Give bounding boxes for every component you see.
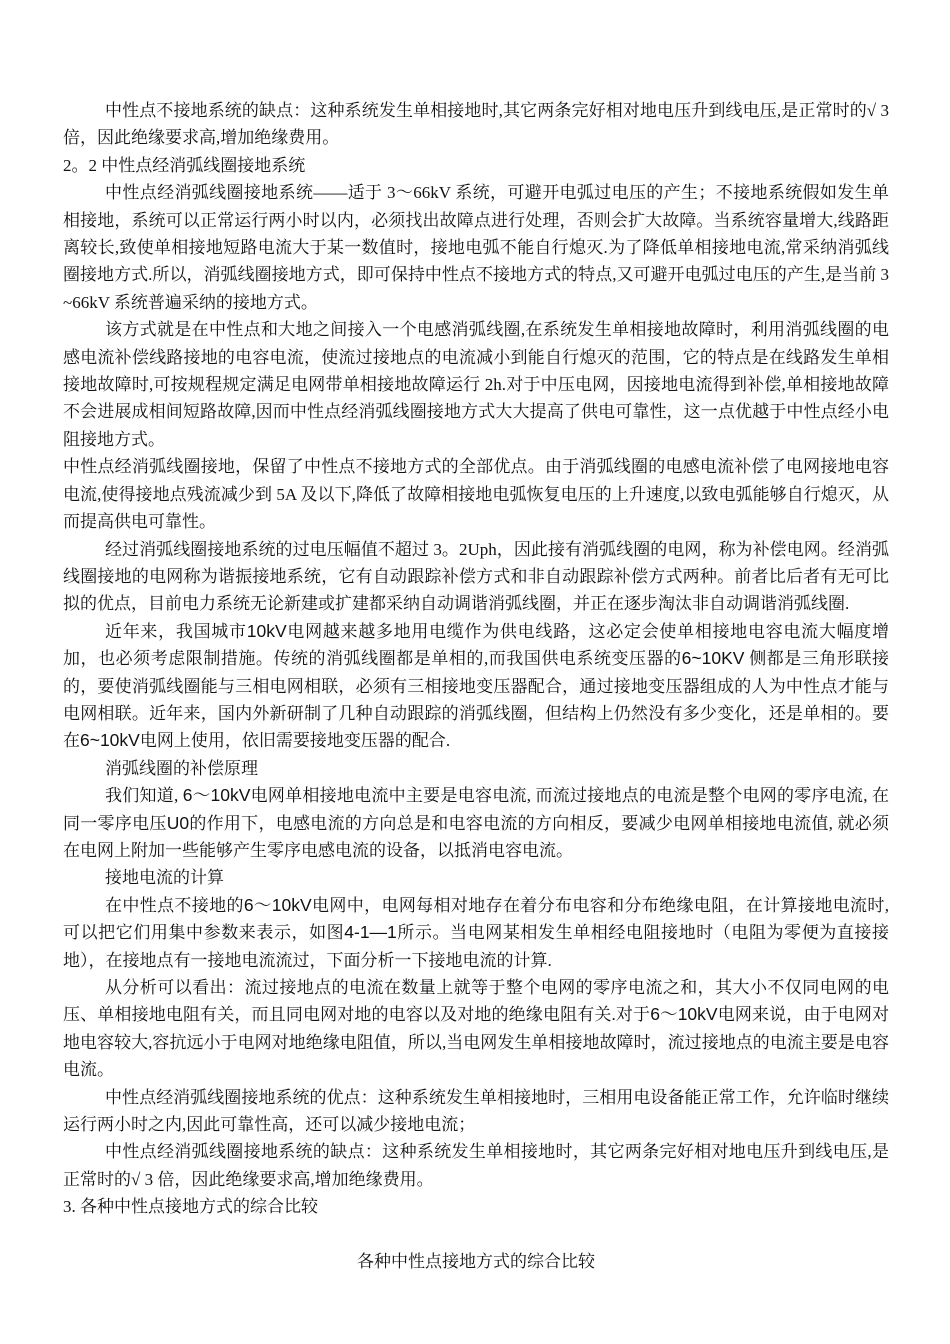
text-segment: 中性点不接地系统的缺点：这种系统发生单相接地时,其它两条完好相对地电压升到线电压… (63, 101, 889, 147)
paragraph: 3. 各种中性点接地方式的综合比较 (63, 1193, 889, 1220)
paragraph: 在中性点不接地的6～10kV电网中，电网每相对地存在着分布电容和分布绝缘电阻，在… (63, 892, 889, 974)
paragraph: 中性点经消弧线圈接地，保留了中性点不接地方式的全部优点。由于消弧线圈的电感电流补… (63, 453, 889, 535)
text-segment: 我们知道, (105, 786, 183, 805)
paragraph: 我们知道, 6～10kV电网单相接地电流中主要是电容电流, 而流过接地点的电流是… (63, 782, 889, 864)
technical-term: U0 (167, 813, 189, 833)
technical-term: 6~10kV (80, 730, 140, 750)
text-segment: 该方式就是在中性点和大地之间接入一个电感消弧线圈,在系统发生单相接地故障时，利用… (63, 320, 889, 449)
text-segment: 接地电流的计算 (105, 868, 224, 887)
technical-term: 6～10kV (650, 1004, 717, 1024)
text-segment: 中性点经消弧线圈接地系统——适于 3～66kV 系统，可避开电弧过电压的产生；不… (63, 183, 889, 312)
document-body: 中性点不接地系统的缺点：这种系统发生单相接地时,其它两条完好相对地电压升到线电压… (63, 97, 889, 1275)
paragraph: 消弧线圈的补偿原理 (63, 755, 889, 782)
text-segment: 各种中性点接地方式的综合比较 (357, 1252, 595, 1271)
paragraph: 该方式就是在中性点和大地之间接入一个电感消弧线圈,在系统发生单相接地故障时，利用… (63, 316, 889, 453)
paragraph: 2。2 中性点经消弧线圈接地系统 (63, 152, 889, 179)
paragraph: 各种中性点接地方式的综合比较 (63, 1248, 889, 1275)
technical-term: 4-1—1 (344, 922, 397, 942)
paragraph: 经过消弧线圈接地系统的过电压幅值不超过 3。2Uph，因此接有消弧线圈的电网，称… (63, 536, 889, 618)
text-segment: 近年来，我国城市 (105, 622, 247, 641)
technical-term: 6～10kV (244, 895, 312, 915)
text-segment: 电网上使用，依旧需要接地变压器的配合. (140, 731, 450, 750)
text-segment: 消弧线圈的补偿原理 (105, 759, 258, 778)
paragraph: 中性点经消弧线圈接地系统——适于 3～66kV 系统，可避开电弧过电压的产生；不… (63, 179, 889, 316)
text-segment: 中性点经消弧线圈接地系统的优点：这种系统发生单相接地时，三相用电设备能正常工作，… (63, 1088, 889, 1134)
paragraph: 中性点经消弧线圈接地系统的缺点：这种系统发生单相接地时，其它两条完好相对地电压升… (63, 1138, 889, 1193)
technical-term: 6～10kV (183, 785, 251, 805)
technical-term: 6~10KV (682, 648, 745, 668)
paragraph: 中性点不接地系统的缺点：这种系统发生单相接地时,其它两条完好相对地电压升到线电压… (63, 97, 889, 152)
paragraph: 从分析可以看出：流过接地点的电流在数量上就等于整个电网的零序电流之和，其大小不仅… (63, 974, 889, 1084)
text-segment: 在中性点不接地的 (105, 896, 244, 915)
paragraph: 接地电流的计算 (63, 864, 889, 891)
text-segment: 3. 各种中性点接地方式的综合比较 (63, 1197, 318, 1216)
text-segment: 中性点经消弧线圈接地系统的缺点：这种系统发生单相接地时，其它两条完好相对地电压升… (63, 1142, 889, 1188)
text-segment: 经过消弧线圈接地系统的过电压幅值不超过 3。2Uph，因此接有消弧线圈的电网，称… (63, 540, 889, 614)
paragraph: 近年来，我国城市10kV电网越来越多地用电缆作为供电线路，这必定会使单相接地电容… (63, 618, 889, 755)
document-page: 中性点不接地系统的缺点：这种系统发生单相接地时,其它两条完好相对地电压升到线电压… (0, 0, 950, 1344)
technical-term: 10kV (247, 621, 287, 641)
text-segment: 2。2 中性点经消弧线圈接地系统 (63, 156, 305, 175)
paragraph: 中性点经消弧线圈接地系统的优点：这种系统发生单相接地时，三相用电设备能正常工作，… (63, 1084, 889, 1139)
text-segment: 中性点经消弧线圈接地，保留了中性点不接地方式的全部优点。由于消弧线圈的电感电流补… (63, 457, 889, 531)
